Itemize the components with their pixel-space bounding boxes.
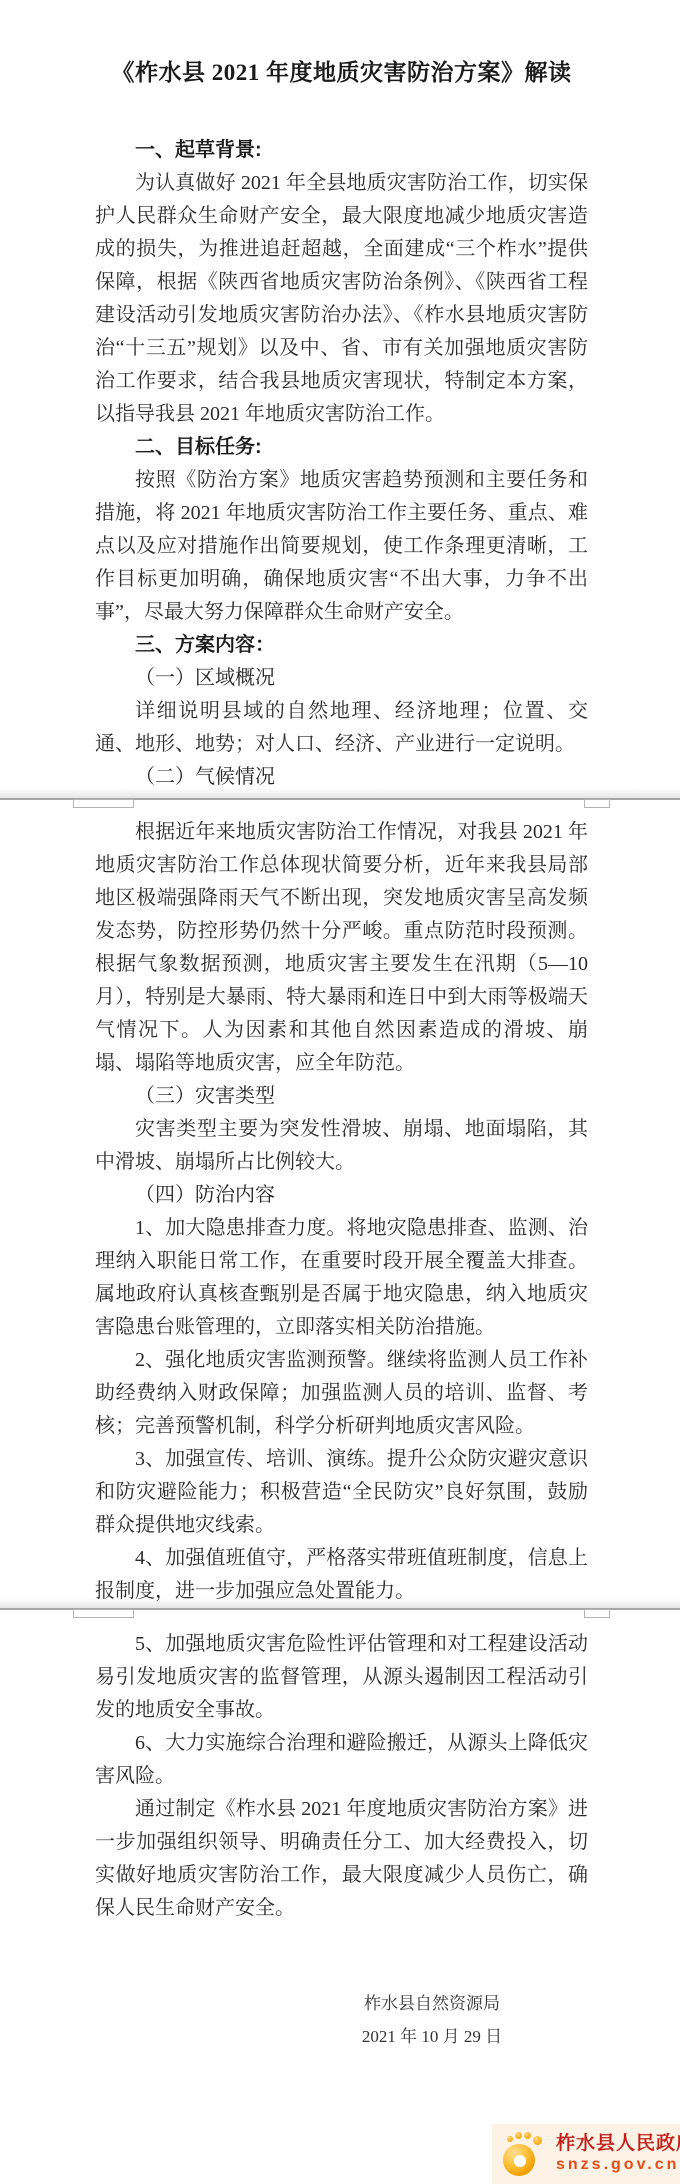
page-break-separator xyxy=(0,794,680,806)
section-heading: 一、起草背景: xyxy=(95,134,588,167)
signature-block: 柞水县自然资源局 2021 年 10 月 29 日 xyxy=(357,1987,507,2053)
section-heading: 二、目标任务: xyxy=(95,431,588,464)
page-1: 《柞水县 2021 年度地质灾害防治方案》解读 一、起草背景:为认真做好 202… xyxy=(0,0,680,794)
page-edge-shadow xyxy=(0,1598,680,1608)
footprint-pad-hole xyxy=(514,2155,526,2167)
paragraph: 详细说明县域的自然地理、经济地理；位置、交通、地形、地势；对人口、经济、产业进行… xyxy=(95,695,588,761)
page-2: 根据近年来地质灾害防治工作情况，对我县 2021 年地质灾害防治工作总体现状简要… xyxy=(0,806,680,1604)
paragraph: 3、加强宣传、培训、演练。提升公众防灾避灾意识和防灾避险能力；积极营造“全民防灾… xyxy=(95,1443,588,1542)
footprint-toe xyxy=(507,2136,513,2142)
footprint-toe xyxy=(533,2136,542,2145)
page-margin-mark-right xyxy=(584,799,610,808)
section-heading: 三、方案内容： xyxy=(95,629,588,662)
page-margin-mark-left xyxy=(73,799,134,808)
document-title: 《柞水县 2021 年度地质灾害防治方案》解读 xyxy=(95,56,588,90)
gov-site-badge[interactable]: 柞水县人民政府 snzs.gov.cn xyxy=(492,2124,680,2184)
paragraph: 4、加强值班值守，严格落实带班值班制度，信息上报制度，进一步加强应急处置能力。 xyxy=(95,1542,588,1604)
document-page: 《柞水县 2021 年度地质灾害防治方案》解读 一、起草背景:为认真做好 202… xyxy=(0,0,680,2184)
paragraph: 1、加大隐患排查力度。将地灾隐患排查、监测、治理纳入职能日常工作，在重要时段开展… xyxy=(95,1212,588,1344)
paragraph: 按照《防治方案》地质灾害趋势预测和主要任务和措施，将 2021 年地质灾害防治工… xyxy=(95,464,588,629)
sub-section-heading: （四）防治内容 xyxy=(95,1179,588,1212)
paragraph: 通过制定《柞水县 2021 年度地质灾害防治方案》进一步加强组织领导、明确责任分… xyxy=(95,1793,588,1925)
footprint-toe xyxy=(515,2132,522,2139)
page-3-content: 5、加强地质灾害危险性评估管理和对工程建设活动易引发地质灾害的监督管理，从源头遏… xyxy=(95,1628,588,1925)
sub-section-heading: （一）区域概况 xyxy=(95,662,588,695)
paragraph: 灾害类型主要为突发性滑坡、崩塌、地面塌陷，其中滑坡、崩塌所占比例较大。 xyxy=(95,1113,588,1179)
page-break-separator-2 xyxy=(0,1604,680,1616)
signature-org: 柞水县自然资源局 xyxy=(357,1987,507,2020)
paragraph: 为认真做好 2021 年全县地质灾害防治工作，切实保护人民群众生命财产安全，最大… xyxy=(95,167,588,431)
page-margin-mark-left xyxy=(73,1609,134,1618)
paragraph: 根据近年来地质灾害防治工作情况，对我县 2021 年地质灾害防治工作总体现状简要… xyxy=(95,816,588,1080)
paragraph: 6、大力实施综合治理和避险搬迁，从源头上降低灾害风险。 xyxy=(95,1727,588,1793)
page-margin-mark-right xyxy=(584,1609,610,1618)
footprint-icon xyxy=(502,2130,548,2178)
signature-date: 2021 年 10 月 29 日 xyxy=(357,2020,507,2053)
footprint-toe xyxy=(524,2132,531,2139)
page-2-content: 根据近年来地质灾害防治工作情况，对我县 2021 年地质灾害防治工作总体现状简要… xyxy=(95,816,588,1604)
page-3: 5、加强地质灾害危险性评估管理和对工程建设活动易引发地质灾害的监督管理，从源头遏… xyxy=(0,1616,680,2053)
sub-section-heading: （三）灾害类型 xyxy=(95,1080,588,1113)
page-1-content: 一、起草背景:为认真做好 2021 年全县地质灾害防治工作，切实保护人民群众生命… xyxy=(95,134,588,794)
gov-site-name: 柞水县人民政府 xyxy=(556,2133,680,2155)
paragraph: 2、强化地质灾害监测预警。继续将监测人员工作补助经费纳入财政保障；加强监测人员的… xyxy=(95,1344,588,1443)
gov-site-domain[interactable]: snzs.gov.cn xyxy=(556,2155,680,2175)
page-edge-shadow xyxy=(0,788,680,798)
gov-site-text: 柞水县人民政府 snzs.gov.cn xyxy=(556,2133,680,2175)
paragraph: 5、加强地质灾害危险性评估管理和对工程建设活动易引发地质灾害的监督管理，从源头遏… xyxy=(95,1628,588,1727)
